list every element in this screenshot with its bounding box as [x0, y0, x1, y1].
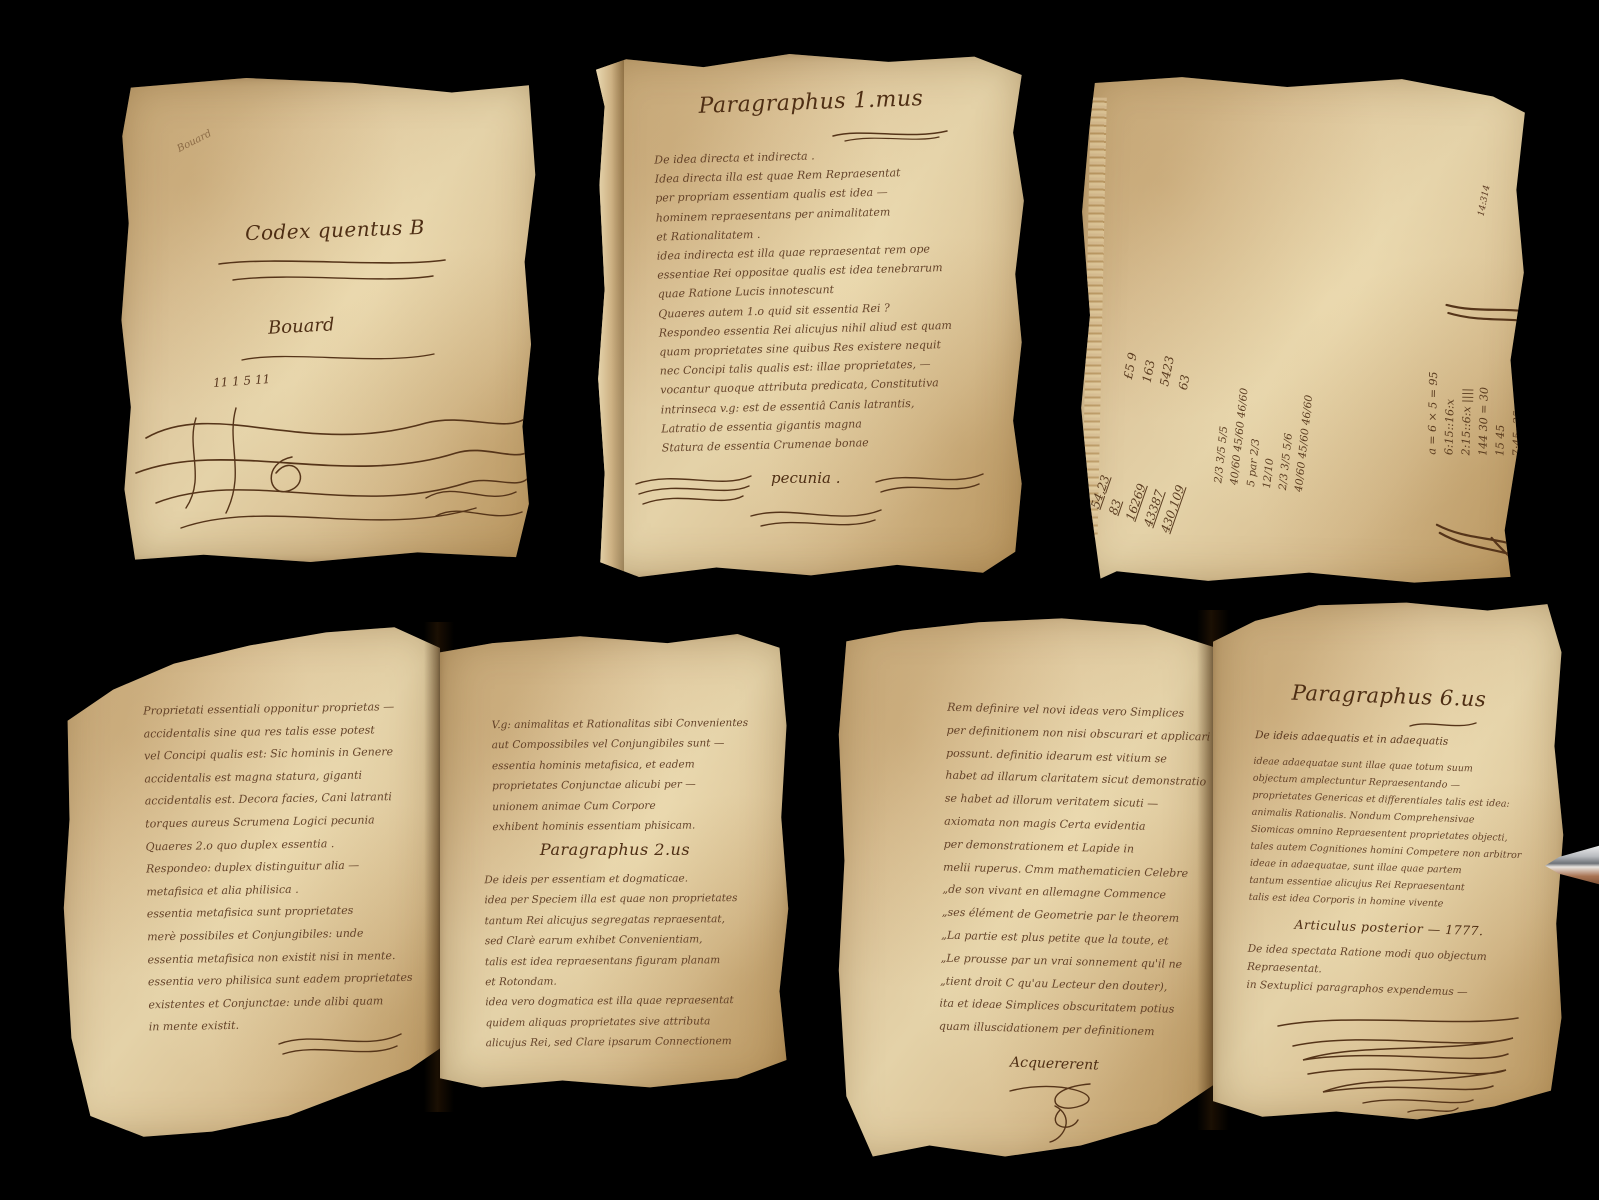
manuscript-line: aut Compossibiles vel Conjungibiles sunt…: [492, 733, 772, 756]
manuscript-line: 2449 = 2495: [1560, 142, 1584, 457]
title-flourish: [213, 254, 453, 294]
manuscript-line: idea per Speciem illa est quae non propr…: [484, 888, 774, 911]
spread1-left-flourish: [275, 1022, 405, 1062]
spread1-right-text-b: De ideis per essentiam et dogmaticae.ide…: [484, 868, 776, 1054]
cover-paper: Bouard Codex quentus B Bouard 11 1 5 11: [118, 78, 546, 562]
manuscript-line: unionem animae Cum Corpore: [492, 794, 772, 817]
spread2-right-text-b: De idea spectata Ratione modi quo object…: [1246, 940, 1548, 1004]
paragraphus2-heading: Paragraphus 2.us: [440, 840, 790, 859]
spread2-left-text: Rem definire vel novi ideas vero Simplic…: [939, 697, 1210, 1046]
spread1-right-text-a: V.g: animalitas et Rationalitas sibi Con…: [491, 713, 772, 838]
manuscript-line: talis est idea repraesentans figuram pla…: [485, 949, 775, 972]
cover-title: Codex quentus B: [200, 213, 471, 246]
manuscript-line: proprietates Conjunctae alicubi per —: [492, 774, 772, 797]
paragraphus6-heading: Paragraphus 6.us: [1213, 678, 1566, 714]
spread1-right-page: V.g: animalitas et Rationalitas sibi Con…: [440, 634, 790, 1092]
heading-flourish: [831, 126, 951, 144]
spread1-left-page: Proprietati essentiali opponitur proprie…: [60, 622, 440, 1142]
manuscript-line: idea vero dogmatica est illa quae reprae…: [485, 990, 775, 1013]
articulus-subheading: Articulus posterior — 1777.: [1213, 914, 1565, 941]
paragraphus1-page-photo: Paragraphus 1.mus De idea directa et ind…: [596, 54, 1026, 578]
spread2-signature-loops: [1000, 1076, 1120, 1146]
paragraphus1-body: De idea directa et indirecta .Idea direc…: [654, 141, 1012, 457]
cover-ink-scribble: [126, 378, 536, 553]
manuscript-line: V.g: animalitas et Rationalitas sibi Con…: [491, 713, 771, 736]
arithmetic-sums: 54,23831626943387430,109: [1086, 363, 1234, 539]
open-spread-2-photo: Rem definire vel novi ideas vero Simplic…: [835, 600, 1565, 1165]
binding-strings: [1430, 275, 1567, 608]
manuscript-line: alicujus Rei, sed Clare ipsarum Connecti…: [486, 1031, 776, 1054]
manuscript-front-cover-photo: Bouard Codex quentus B Bouard 11 1 5 11: [118, 78, 546, 562]
spread2-right-page: Paragraphus 6.us De ideis adaequatis et …: [1213, 600, 1565, 1122]
manuscript-line: exhibent hominis essentiam phisicam.: [492, 815, 772, 838]
manuscript-line: 15:74::55:x: [1526, 142, 1550, 457]
signature-flourishes: [631, 464, 991, 534]
owner-flourish: [238, 346, 438, 372]
open-spread-1-photo: Proprietati essentiali opponitur proprie…: [60, 612, 790, 1142]
manuscript-line: tantum Rei alicujus segregatas repraesen…: [485, 909, 775, 932]
manuscript-line: De ideis per essentiam et dogmaticae.: [484, 868, 774, 891]
paragraphus6-flourish: [1408, 718, 1478, 732]
back-cover-paper: 14:314 a = 6 × 5 = 956:15::16:x2:15::6:x…: [1071, 67, 1540, 592]
paragraphus6-subtitle: De ideis adaequatis et in adaequatis: [1255, 729, 1535, 751]
paragraphus1-heading: Paragraphus 1.mus: [596, 83, 1027, 123]
manuscript-line: quidem aliquas proprietates sive attribu…: [485, 1011, 775, 1034]
manuscript-line: essentia hominis metafisica, et eadem: [492, 754, 772, 777]
collage-background: Bouard Codex quentus B Bouard 11 1 5 11: [0, 0, 1599, 1200]
manuscript-line: et Rotondam.: [485, 970, 775, 993]
spread2-left-signature: Acquererent: [1010, 1054, 1099, 1073]
paragraphus1-paper: Paragraphus 1.mus De idea directa et ind…: [596, 54, 1026, 578]
spread2-right-text-a: ideae adaequatae sunt illae quae totum s…: [1248, 753, 1553, 916]
cover-corner-note: Bouard: [176, 128, 214, 155]
arithmetic-fractions: 2/3 3/5 5/540/60 45/60 46/605 par 2/312/…: [1210, 303, 1398, 500]
spread2-left-page: Rem definire vel novi ideas vero Simplic…: [835, 614, 1213, 1162]
cover-owner-name: Bouard: [267, 314, 335, 338]
page-fold-edge: [596, 54, 624, 578]
closing-scribble: [1268, 1008, 1528, 1118]
back-cover-photo: 14:314 a = 6 × 5 = 956:15::16:x2:15::6:x…: [1076, 72, 1534, 588]
manuscript-line: 4995 = 2499°: [1543, 142, 1567, 457]
spread1-left-text: Proprietati essentiali opponitur proprie…: [143, 696, 429, 1040]
manuscript-line: sed Clarè earum exhibet Convenientiam,: [485, 929, 775, 952]
